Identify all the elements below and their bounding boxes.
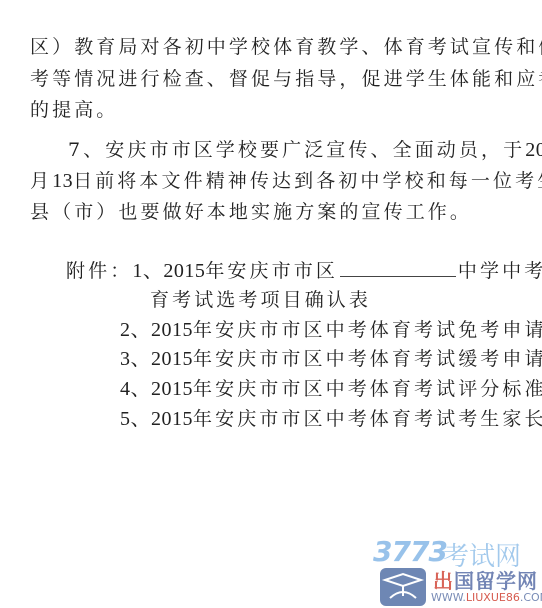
attachment-item-1: 附件：1、2015年安庆市市区中学中考体 (66, 258, 542, 283)
item-text: 年安庆市市区中考体育考试评分标准 (193, 378, 542, 400)
year: 2015 (151, 348, 193, 370)
watermark-number: 3773 (373, 535, 447, 568)
item-index: 4、 (120, 378, 151, 400)
item-index: 3、 (120, 348, 151, 370)
url-domain: LIUXUE86 (466, 591, 520, 604)
text-line: 县（市）也要做好本地实施方案的宣传工作。 (30, 200, 472, 224)
text-line: 区）教育局对各初中学校体育教学、体育考试宣传和体育备 (30, 35, 542, 59)
brand-red-char: 出 (433, 569, 454, 593)
item-text: 年安庆市市区中考体育考试考生家长告知书 (193, 408, 542, 430)
url-prefix: WWW. (431, 591, 466, 604)
site-watermark: 3773 考试网 出国留学网 WWW.LIUXUE86.COM (365, 535, 540, 608)
text-line: 7、安庆市市区学校要广泛宣传、全面动员，于2015年3 (68, 138, 542, 162)
attachment-item-3: 3、2015年安庆市市区中考体育考试缓考申请表 (120, 347, 542, 371)
year: 2015 (163, 260, 205, 282)
attachments-label: 附件： (66, 260, 132, 282)
watermark-url: WWW.LIUXUE86.COM (431, 591, 542, 604)
mortarboard-logo-icon (380, 568, 426, 606)
attachment-item-1-continuation: 育考试选考项目确认表 (150, 288, 371, 312)
attachment-item-2: 2、2015年安庆市市区中考体育考试免考申请表 (120, 318, 542, 342)
item-index: 2、 (120, 319, 151, 341)
item-index: 5、 (120, 408, 151, 430)
text-line: 的提高。 (30, 98, 118, 122)
number: 13 (52, 170, 73, 192)
fill-in-blank (340, 258, 456, 277)
brand-rest: 国留学网 (454, 569, 538, 593)
year: 2015 (151, 408, 193, 430)
item-index: 1、 (132, 260, 163, 282)
item-text: 年安庆市市区中考体育考试免考申请表 (193, 319, 542, 341)
text-segment: 中学中考体 (458, 260, 542, 282)
year: 2015 (151, 319, 193, 341)
watermark-brand: 出国留学网 (433, 565, 538, 594)
text-segment: 日前将本文件精神传达到各初中学校和每一位考生。各 (73, 170, 542, 192)
text-segment: 7、安庆市市区学校要广泛宣传、全面动员，于 (68, 139, 525, 161)
year: 2015 (151, 378, 193, 400)
text-line: 考等情况进行检查、督促与指导，促进学生体能和应考能力 (30, 67, 542, 91)
attachment-item-5: 5、2015年安庆市市区中考体育考试考生家长告知书 (120, 407, 542, 431)
text-line: 月13日前将本文件精神传达到各初中学校和每一位考生。各 (30, 169, 542, 193)
number: 2015 (525, 139, 542, 161)
attachment-item-4: 4、2015年安庆市市区中考体育考试评分标准 (120, 377, 542, 401)
item-text: 年安庆市市区中考体育考试缓考申请表 (193, 348, 542, 370)
url-suffix: .COM (520, 591, 542, 604)
text-segment: 月 (30, 170, 52, 192)
text-segment: 年安庆市市区 (205, 260, 338, 282)
